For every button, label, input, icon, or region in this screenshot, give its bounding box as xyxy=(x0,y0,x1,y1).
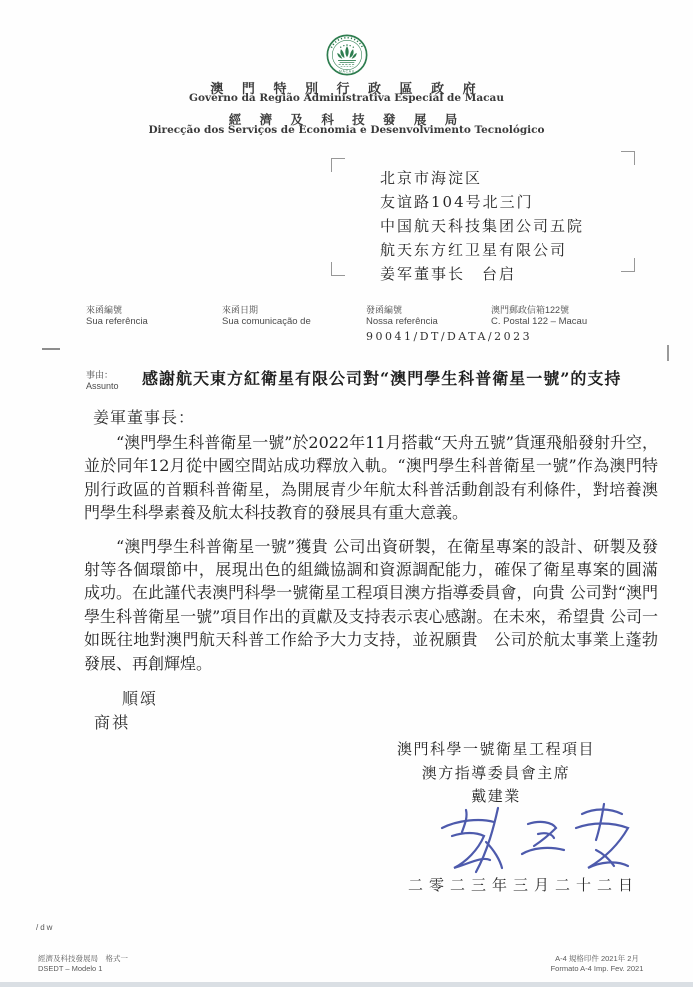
ref-postal-box-pt: C. Postal 122 – Macau xyxy=(491,316,587,327)
recipient-line: 姜军董事长 台启 xyxy=(380,262,584,286)
footer-form-id-pt: DSEDT – Modelo 1 xyxy=(38,964,128,974)
recipient-line: 航天东方红卫星有限公司 xyxy=(380,238,584,262)
subject-text: 感謝航天東方紅衛星有限公司對“澳門學生科普衛星一號”的支持 xyxy=(142,366,662,389)
footer-form-id-zh: 經濟及科技發展局 格式一 xyxy=(38,954,128,964)
reference-number: 90041/DT/DATA/2023 xyxy=(366,330,532,343)
ref-your-date-zh: 來函日期 xyxy=(222,303,311,316)
window-mark-bottom-right xyxy=(621,258,635,272)
ref-postal-box: 澳門郵政信箱122號 C. Postal 122 – Macau xyxy=(491,303,587,327)
ref-your-date: 來函日期 Sua comunicação de xyxy=(222,303,311,327)
footer-format-note-zh: A-4 規格印件 2021年 2月 xyxy=(538,954,656,964)
fold-mark-right xyxy=(667,345,669,361)
subject-label: 事由： Assunto xyxy=(86,370,119,392)
footer-format-note-pt: Formato A-4 Imp. Fev. 2021 xyxy=(538,964,656,974)
scan-edge-strip xyxy=(0,982,693,987)
paragraph-1: “澳門學生科普衛星一號”於2022年11月搭載“天舟五號”貨運飛船發射升空，並於… xyxy=(84,431,658,525)
window-mark-bottom-left xyxy=(331,262,345,276)
ref-our-number: 發函編號 Nossa referência xyxy=(366,303,438,327)
fold-mark-left xyxy=(42,348,60,350)
department-title-pt: Direcção dos Serviços de Economia e Dese… xyxy=(0,124,693,136)
ref-your-number-pt: Sua referência xyxy=(86,316,148,327)
ref-your-number-zh: 來函編號 xyxy=(86,303,148,316)
footer-form-id: 經濟及科技發展局 格式一 DSEDT – Modelo 1 xyxy=(38,954,128,974)
recipient-address: 北京市海淀区 友谊路104号北三门 中国航天科技集团公司五院 航天东方红卫星有限… xyxy=(380,166,584,286)
signer-org-line2: 澳方指導委員會主席 xyxy=(384,762,608,786)
macau-government-emblem-icon: MACAU xyxy=(326,34,368,76)
ref-our-number-zh: 發函編號 xyxy=(366,303,438,316)
closing-shunsong: 順頌 xyxy=(122,686,158,709)
emblem-macau-label: MACAU xyxy=(339,69,355,73)
footer-format-note: A-4 規格印件 2021年 2月 Formato A-4 Imp. Fev. … xyxy=(538,954,656,974)
letter-date: 二零二三年三月二十二日 xyxy=(408,874,639,895)
letter-page: MACAU 澳 門 特 別 行 政 區 政 府 Governo da Regiã… xyxy=(0,0,693,987)
closing-shangqi: 商祺 xyxy=(94,710,130,733)
signer-org-line1: 澳門科學一號衛星工程項目 xyxy=(384,738,608,762)
government-title-pt: Governo da Região Administrativa Especia… xyxy=(0,92,693,104)
ref-your-number: 來函編號 Sua referência xyxy=(86,303,148,327)
ref-postal-box-zh: 澳門郵政信箱122號 xyxy=(491,303,587,316)
window-mark-top-right xyxy=(621,151,635,165)
subject-label-zh: 事由： xyxy=(86,370,119,381)
recipient-line: 北京市海淀区 xyxy=(380,166,584,190)
window-mark-top-left xyxy=(331,158,345,172)
ref-our-number-pt: Nossa referência xyxy=(366,316,438,327)
ref-your-date-pt: Sua comunicação de xyxy=(222,316,311,327)
typist-initials: /dw xyxy=(36,923,54,932)
recipient-line: 友谊路104号北三门 xyxy=(380,190,584,214)
recipient-line: 中国航天科技集团公司五院 xyxy=(380,214,584,238)
letter-body: “澳門學生科普衛星一號”於2022年11月搭載“天舟五號”貨運飛船發射升空，並於… xyxy=(84,431,658,685)
salutation: 姜軍董事長： xyxy=(93,405,195,428)
paragraph-2: “澳門學生科普衛星一號”獲貴 公司出資研製，在衛星專案的設計、研製及發射等各個環… xyxy=(84,535,658,675)
subject-label-pt: Assunto xyxy=(86,381,119,392)
